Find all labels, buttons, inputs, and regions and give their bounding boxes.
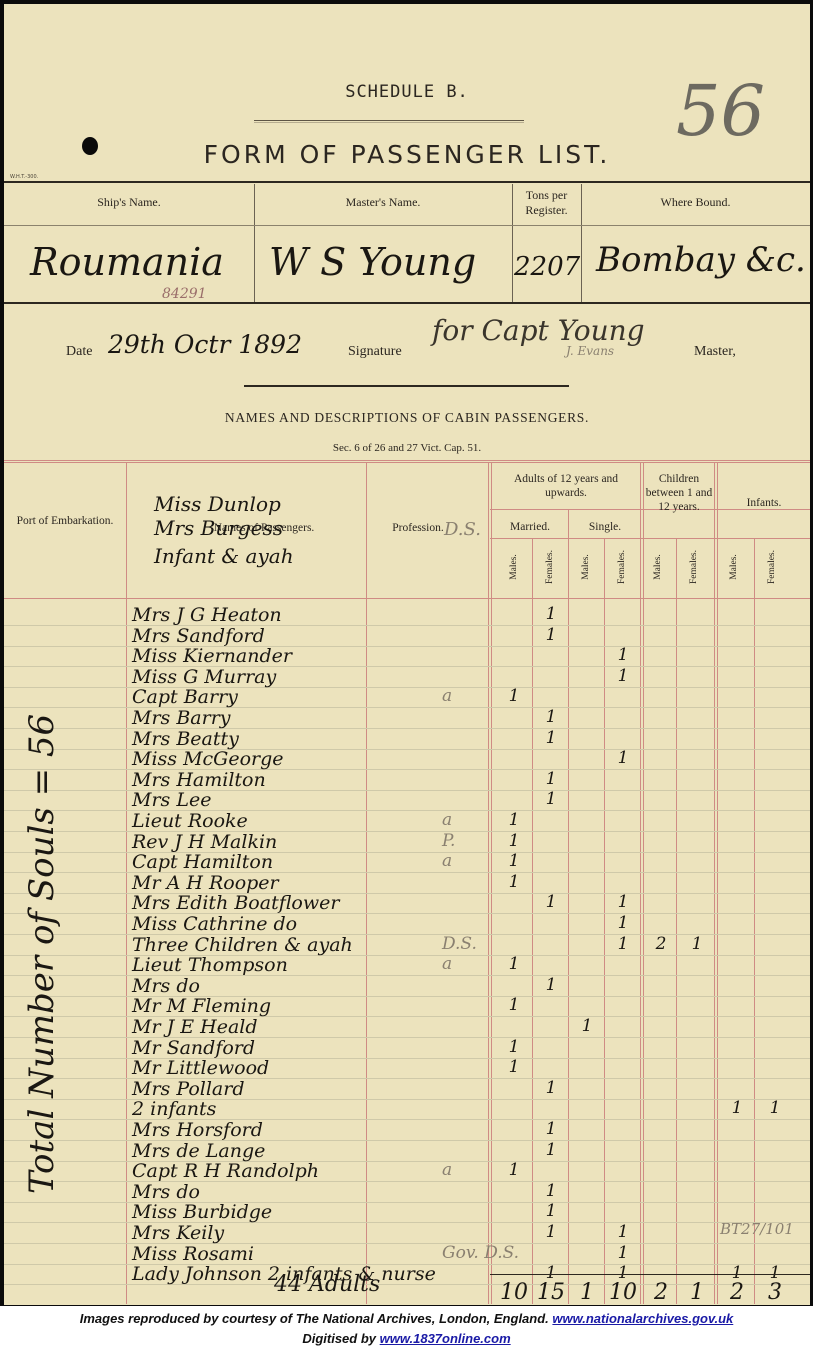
ruled-line [4, 1202, 810, 1203]
divider [754, 538, 755, 1304]
ruled-line [4, 728, 810, 729]
tons-value: 2207 [514, 252, 580, 282]
tally-mark: 1 [608, 1222, 638, 1242]
column-total: 1 [572, 1280, 602, 1305]
ruled-line [4, 1181, 810, 1182]
passenger-name: Mrs Hamilton [132, 769, 266, 791]
divider [714, 462, 718, 1304]
tally-mark: 1 [536, 1119, 566, 1139]
header-profession: D.S. [444, 519, 481, 540]
passenger-name: Mrs Keily [132, 1222, 224, 1244]
passenger-list-page: SCHEDULE B. FORM OF PASSENGER LIST. 56 W… [4, 4, 810, 1305]
ruled-line [4, 1161, 810, 1162]
column-total: 2 [646, 1280, 676, 1305]
passenger-profession: a [442, 954, 452, 974]
tons-label: Tons per Register. [512, 188, 581, 218]
ruled-line [4, 769, 810, 770]
ruled-line [4, 646, 810, 647]
column-total: 3 [760, 1280, 790, 1305]
passenger-name: Capt Hamilton [132, 851, 273, 873]
married-males-header: Males. [509, 547, 519, 587]
total-souls-note: Total Number of Souls = 56 [22, 714, 62, 1194]
passenger-name: Miss McGeorge [132, 748, 284, 770]
tally-mark: 1 [608, 892, 638, 912]
divider [676, 538, 677, 1304]
passenger-profession: a [442, 810, 452, 830]
divider [488, 462, 492, 1304]
signature-sub: J. Evans [566, 344, 614, 358]
ruled-line [4, 1140, 810, 1141]
tally-mark: 1 [536, 625, 566, 645]
divider [4, 225, 810, 226]
divider [568, 509, 569, 1304]
passenger-profession: D.S. [442, 934, 477, 954]
ruled-line [4, 687, 810, 688]
signature-label: Signature [348, 344, 402, 360]
passenger-profession: a [442, 686, 452, 706]
tally-mark: 1 [608, 666, 638, 686]
passenger-name: Mr A H Rooper [132, 872, 279, 894]
ruled-line [4, 1222, 810, 1223]
passenger-profession: a [442, 1160, 452, 1180]
passenger-name: Mrs Pollard [132, 1078, 245, 1100]
official-number: 84291 [162, 286, 207, 302]
tons-label-line1: Tons per [512, 188, 581, 203]
column-total: 10 [608, 1280, 638, 1305]
tally-mark: 1 [608, 1243, 638, 1263]
ruled-line [4, 1119, 810, 1120]
header-passenger-name: Miss Dunlop [154, 492, 281, 516]
tally-mark: 1 [499, 995, 529, 1015]
divider [4, 181, 810, 183]
divider [604, 538, 605, 1304]
passenger-name: Mrs Edith Boatflower [132, 892, 339, 914]
children-column-header: Children between 1 and 12 years. [644, 472, 714, 514]
ruled-line [4, 955, 810, 956]
married-females-header: Females. [545, 547, 555, 587]
tally-mark: 1 [536, 604, 566, 624]
passenger-name: Mr Littlewood [132, 1057, 269, 1079]
passenger-name: Miss Kiernander [132, 645, 292, 667]
date-label: Date [66, 344, 92, 360]
ruled-line [4, 872, 810, 873]
column-total: 1 [682, 1280, 712, 1305]
ruled-line [4, 707, 810, 708]
section-title: NAMES AND DESCRIPTIONS OF CABIN PASSENGE… [4, 410, 810, 426]
ruled-line [4, 749, 810, 750]
ruled-line [4, 810, 810, 811]
tally-mark: 1 [572, 1016, 602, 1036]
signature-value: for Capt Young [432, 314, 645, 347]
ruled-line [4, 1243, 810, 1244]
children-females-header: Females. [689, 547, 699, 587]
passenger-name: Mr J E Heald [132, 1016, 258, 1038]
column-total: 2 [722, 1280, 752, 1305]
adults-column-header: Adults of 12 years and upwards. [492, 472, 640, 500]
tally-mark: 1 [499, 1160, 529, 1180]
divider [244, 385, 569, 387]
ruled-line [4, 913, 810, 914]
divider [532, 538, 533, 1304]
archive-mark: 56 [676, 70, 765, 152]
single-females-header: Females. [617, 547, 627, 587]
passenger-name: Three Children & ayah [132, 934, 353, 956]
passenger-name: Capt R H Randolph [132, 1160, 319, 1182]
tally-mark: 1 [536, 728, 566, 748]
table-top-rule [4, 460, 810, 463]
ship-name-value: Roumania [30, 240, 224, 284]
passenger-name: Mr M Fleming [132, 995, 271, 1017]
totals-rule [490, 1274, 810, 1275]
passenger-name: Miss Cathrine do [132, 913, 297, 935]
ruled-line [4, 1037, 810, 1038]
tally-mark: 2 [646, 934, 676, 954]
infants-females-header: Females. [767, 547, 777, 587]
tally-mark: 1 [536, 789, 566, 809]
infants-column-header: Infants. [718, 496, 810, 510]
tally-mark: 1 [499, 851, 529, 871]
passenger-name: Mrs Lee [132, 789, 211, 811]
ruled-line [4, 1016, 810, 1017]
tally-mark: 1 [760, 1098, 790, 1118]
tally-mark: 1 [499, 831, 529, 851]
tally-mark: 1 [608, 934, 638, 954]
passenger-name: 2 infants [132, 1098, 216, 1120]
footer-line-2: Digitised by www.1837online.com [0, 1331, 813, 1346]
tally-mark: 1 [536, 769, 566, 789]
where-bound-label: Where Bound. [581, 195, 810, 210]
tons-label-line2: Register. [512, 203, 581, 218]
tally-mark: 1 [608, 748, 638, 768]
tally-mark: 1 [536, 1078, 566, 1098]
passenger-name: Mrs de Lange [132, 1140, 265, 1162]
tally-mark: 1 [722, 1098, 752, 1118]
date-value: 29th Octr 1892 [108, 330, 302, 359]
master-label: Master, [694, 344, 736, 360]
form-code: W.H.T.-300. [10, 174, 38, 180]
passenger-name: Mrs J G Heaton [132, 604, 282, 626]
divider [126, 462, 127, 1304]
children-males-header: Males. [653, 547, 663, 587]
piece-reference: BT27/101 [720, 1220, 794, 1238]
tally-mark: 1 [536, 975, 566, 995]
ruled-line [4, 831, 810, 832]
passenger-profession: Gov. D.S. [442, 1243, 519, 1263]
tally-mark: 1 [536, 1201, 566, 1221]
tally-mark: 1 [536, 707, 566, 727]
infants-males-header: Males. [729, 547, 739, 587]
ruled-line [4, 1078, 810, 1079]
divider [366, 462, 367, 1304]
ruled-line [4, 625, 810, 626]
port-column-header: Port of Embarkation. [4, 514, 126, 528]
section-subtitle: Sec. 6 of 26 and 27 Vict. Cap. 51. [4, 442, 810, 454]
tally-mark: 1 [536, 1222, 566, 1242]
master-name-value: W S Young [269, 240, 476, 284]
divider [254, 120, 524, 123]
passenger-name: Mrs Beatty [132, 728, 239, 750]
tally-mark: 1 [608, 913, 638, 933]
passenger-name: Mr Sandford [132, 1037, 255, 1059]
column-total: 10 [499, 1280, 529, 1305]
passenger-name: Mrs Barry [132, 707, 231, 729]
passenger-name: Lieut Rooke [132, 810, 248, 832]
tally-mark: 1 [682, 934, 712, 954]
tally-mark: 1 [536, 1140, 566, 1160]
footer-digitised: Digitised by [302, 1331, 376, 1346]
total-adults-line: 44 Adults [274, 1272, 380, 1297]
national-archives-link[interactable]: www.nationalarchives.gov.uk [552, 1311, 733, 1326]
passenger-name: Miss G Murray [132, 666, 276, 688]
ruled-line [4, 893, 810, 894]
ruled-line [4, 852, 810, 853]
passenger-name: Mrs Horsford [132, 1119, 263, 1141]
where-bound-value: Bombay &c. [596, 240, 806, 280]
single-males-header: Males. [581, 547, 591, 587]
divider [640, 538, 810, 539]
tally-mark: 1 [499, 872, 529, 892]
ruled-line [4, 975, 810, 976]
ruled-line [4, 1058, 810, 1059]
column-total: 15 [536, 1280, 566, 1305]
single-column-header: Single. [570, 520, 640, 534]
passenger-name: Capt Barry [132, 686, 238, 708]
tally-mark: 1 [536, 892, 566, 912]
ruled-line [4, 666, 810, 667]
tally-mark: 1 [608, 645, 638, 665]
ruled-line [4, 1099, 810, 1100]
1837online-link[interactable]: www.1837online.com [380, 1331, 511, 1346]
table-header-rule [4, 598, 810, 599]
passenger-name: Lieut Thompson [132, 954, 288, 976]
divider [490, 538, 640, 539]
ship-name-label: Ship's Name. [4, 195, 254, 210]
married-column-header: Married. [492, 520, 568, 534]
passenger-name: Mrs do [132, 975, 200, 997]
tally-mark: 1 [499, 954, 529, 974]
footer-line-1: Images reproduced by courtesy of The Nat… [0, 1311, 813, 1326]
tally-mark: 1 [536, 1181, 566, 1201]
master-name-label: Master's Name. [254, 195, 512, 210]
header-passenger-name: Mrs Burgess [154, 516, 283, 540]
header-passenger-name: Infant & ayah [154, 544, 294, 568]
passenger-name: Rev J H Malkin [132, 831, 277, 853]
passenger-name: Mrs do [132, 1181, 200, 1203]
tally-mark: 1 [499, 686, 529, 706]
tally-mark: 1 [499, 810, 529, 830]
passenger-name: Miss Burbidge [132, 1201, 272, 1223]
tally-mark: 1 [499, 1057, 529, 1077]
ruled-line [4, 790, 810, 791]
passenger-profession: a [442, 851, 452, 871]
passenger-name: Mrs Sandford [132, 625, 265, 647]
passenger-name: Miss Rosami [132, 1243, 254, 1265]
tally-mark: 1 [499, 1037, 529, 1057]
footer-credit: Images reproduced by courtesy of The Nat… [80, 1311, 549, 1326]
ruled-line [4, 996, 810, 997]
divider [4, 302, 810, 304]
passenger-profession: P. [442, 831, 455, 851]
divider [640, 462, 644, 1304]
